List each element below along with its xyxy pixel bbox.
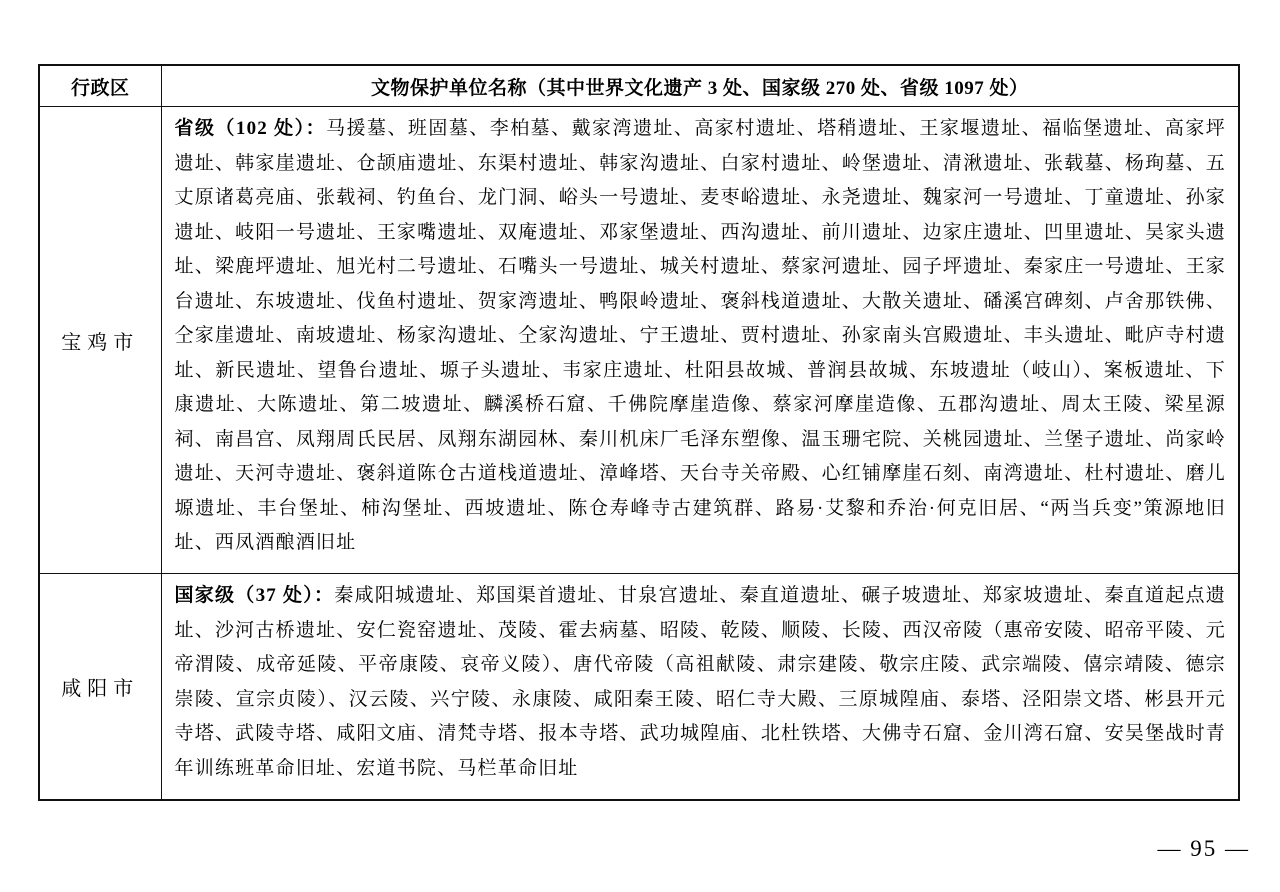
column-header-sites: 文物保护单位名称（其中世界文化遗产 3 处、国家级 270 处、省级 1097 … xyxy=(161,65,1239,107)
region-cell-xianyang: 咸阳市 xyxy=(39,574,161,801)
sites-list-baoji: 马援墓、班固墓、李柏墓、戴家湾遗址、高家村遗址、塔稍遗址、王家堰遗址、福临堡遗址… xyxy=(175,118,1227,553)
table-row-xianyang: 咸阳市 国家级（37 处）：秦咸阳城遗址、郑国渠首遗址、甘泉宫遗址、秦直道遗址、… xyxy=(39,574,1239,801)
sites-cell-baoji: 省级（102 处）：马援墓、班固墓、李柏墓、戴家湾遗址、高家村遗址、塔稍遗址、王… xyxy=(161,107,1239,574)
region-cell-baoji: 宝鸡市 xyxy=(39,107,161,574)
sites-cell-xianyang: 国家级（37 处）：秦咸阳城遗址、郑国渠首遗址、甘泉宫遗址、秦直道遗址、碾子坡遗… xyxy=(161,574,1239,801)
heritage-sites-table: 行政区 文物保护单位名称（其中世界文化遗产 3 处、国家级 270 处、省级 1… xyxy=(38,64,1240,801)
sites-list-xianyang: 秦咸阳城遗址、郑国渠首遗址、甘泉宫遗址、秦直道遗址、碾子坡遗址、郑家坡遗址、秦直… xyxy=(175,585,1227,779)
page-number: — 95 — xyxy=(1158,836,1251,862)
level-label-provincial: 省级（102 处）： xyxy=(175,118,327,139)
table-header-row: 行政区 文物保护单位名称（其中世界文化遗产 3 处、国家级 270 处、省级 1… xyxy=(39,65,1239,107)
level-label-national: 国家级（37 处）： xyxy=(175,585,335,606)
column-header-region: 行政区 xyxy=(39,65,161,107)
document-page: 行政区 文物保护单位名称（其中世界文化遗产 3 处、国家级 270 处、省级 1… xyxy=(0,0,1280,892)
table-row-baoji: 宝鸡市 省级（102 处）：马援墓、班固墓、李柏墓、戴家湾遗址、高家村遗址、塔稍… xyxy=(39,107,1239,574)
